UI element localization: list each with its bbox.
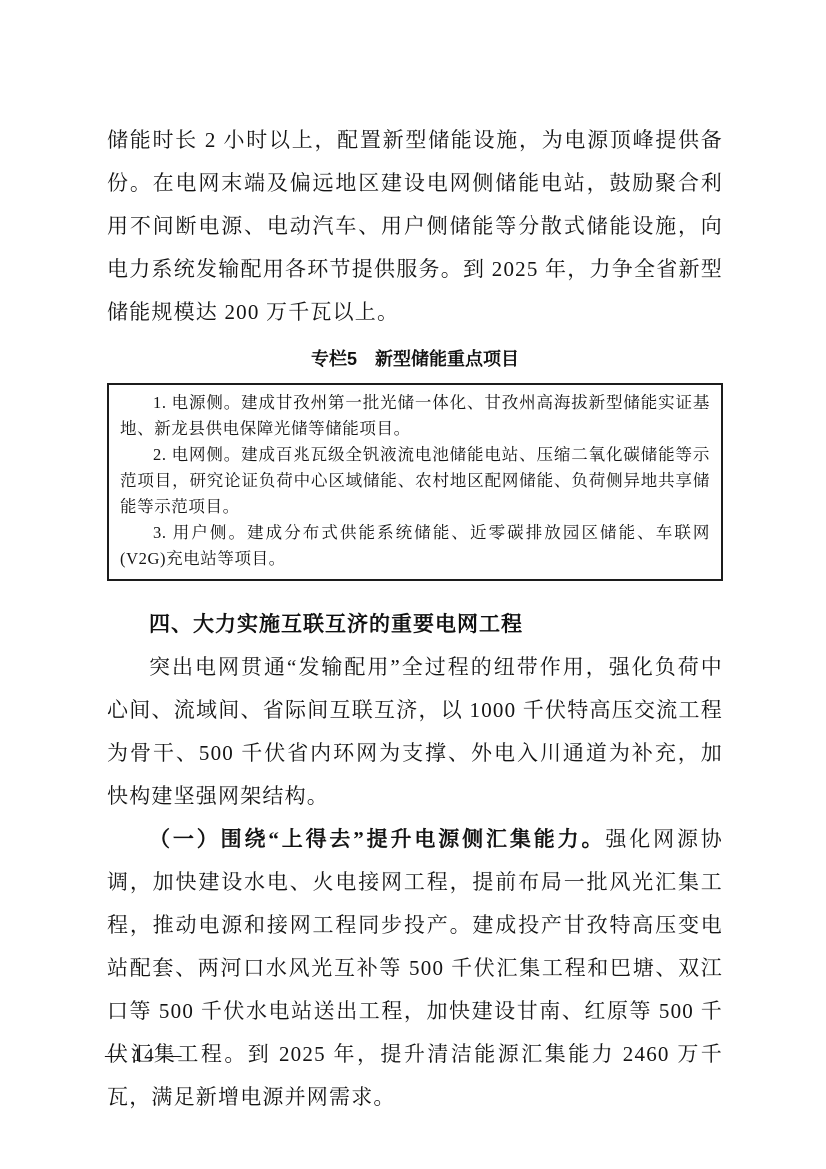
project-box: 1. 电源侧。建成甘孜州第一批光储一体化、甘孜州高海拔新型储能实证基地、新龙县供… xyxy=(107,383,723,581)
box-item-user-side: 3. 用户侧。建成分布式供能系统储能、近零碳排放园区储能、车联网(V2G)充电站… xyxy=(120,520,710,572)
paragraph-storage-duration: 储能时长 2 小时以上，配置新型储能设施，为电源顶峰提供备份。在电网末端及偏远地… xyxy=(107,119,723,334)
box-title: 专栏5 新型储能重点项目 xyxy=(107,343,723,375)
paragraph-collection-body: 强化网源协调，加快建设水电、火电接网工程，提前布局一批风光汇集工程，推动电源和接… xyxy=(107,827,723,1109)
paragraph-grid-overview: 突出电网贯通“发输配用”全过程的纽带作用，强化负荷中心间、流域间、省际间互联互济… xyxy=(107,646,723,818)
paragraph-source-collection: （一）围绕“上得去”提升电源侧汇集能力。强化网源协调，加快建设水电、火电接网工程… xyxy=(107,818,723,1119)
paragraph-collection-lead: （一）围绕“上得去”提升电源侧汇集能力。 xyxy=(149,827,605,851)
section-heading-grid-projects: 四、大力实施互联互济的重要电网工程 xyxy=(107,603,723,646)
document-page: 储能时长 2 小时以上，配置新型储能设施，为电源顶峰提供备份。在电网末端及偏远地… xyxy=(0,0,826,1169)
box-item-grid-side: 2. 电网侧。建成百兆瓦级全钒液流电池储能电站、压缩二氧化碳储能等示范项目，研究… xyxy=(120,442,710,520)
box-item-power-side: 1. 电源侧。建成甘孜州第一批光储一体化、甘孜州高海拔新型储能实证基地、新龙县供… xyxy=(120,390,710,442)
document-content: 储能时长 2 小时以上，配置新型储能设施，为电源顶峰提供备份。在电网末端及偏远地… xyxy=(107,119,723,1119)
page-number: — 14 — xyxy=(105,1041,184,1071)
